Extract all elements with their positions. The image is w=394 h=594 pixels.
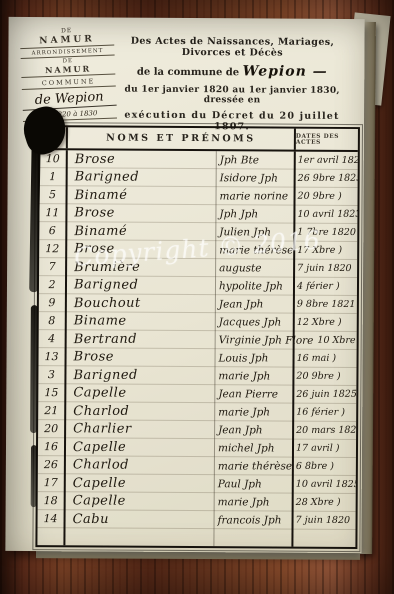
stamp-line-namur-2: NAMUR	[21, 63, 115, 79]
surname: Cabu	[64, 511, 214, 527]
forename: Jph Bte	[216, 154, 294, 166]
photo-background: DE NAMUR ARRONDISSEMENT DE NAMUR COMMUNE…	[0, 0, 394, 594]
ink-streak-bottom	[31, 445, 37, 507]
forename: Julien Jph	[215, 226, 293, 238]
stamp-line-commune: COMMUNE	[21, 77, 115, 91]
row-number: 5	[40, 188, 66, 201]
row-number: 6	[39, 224, 65, 237]
register-header: N° NOMS ET PRÉNOMS DATES DES ACTES	[40, 127, 358, 152]
row-number: 8	[39, 314, 65, 327]
surname: Charlod	[64, 403, 214, 419]
forename: Jph Jph	[215, 208, 293, 220]
row-number: 7	[39, 260, 65, 273]
table-row: 13 Brose Louis Jph 16 mai )	[39, 348, 357, 368]
row-number: 2	[39, 278, 65, 291]
surname: Capelle	[64, 385, 214, 401]
table-row: 18 Capelle marie Jph 28 Xbre )	[38, 492, 356, 512]
table-row: 9 Bouchout Jean Jph 9 8bre 1821	[39, 294, 357, 314]
act-date: 12 Xbre )	[293, 317, 357, 328]
table-row: 7 Brumière auguste 7 juin 1820	[39, 258, 357, 278]
act-date: 10 avril 1823	[293, 209, 357, 220]
table-row: 8 Biname Jacques Jph 12 Xbre )	[39, 312, 357, 332]
row-number: 17	[38, 476, 64, 489]
act-date: 7 juin 1820	[293, 263, 357, 274]
table-row: 11 Brose Jph Jph 10 avril 1823	[39, 204, 357, 224]
act-date: 20 mars 1824	[292, 425, 356, 436]
forename: Louis Jph	[215, 352, 293, 364]
row-number: 26	[38, 458, 64, 471]
surname: Brose	[65, 241, 215, 257]
surname: Charlod	[64, 457, 214, 473]
title-line-1: Des Actes de Naissances, Mariages, Divor…	[106, 36, 358, 60]
title-line-3: du 1er janvier 1820 au 1er janvier 1830,…	[106, 85, 358, 107]
forename: auguste	[215, 262, 293, 274]
column-header-dates: DATES DES ACTES	[296, 129, 358, 150]
table-row: 14 Cabu francois Jph 7 juin 1820	[38, 510, 356, 530]
forename: marie Jph	[214, 370, 292, 382]
table-row: 21 Charlod marie Jph 16 férier )	[38, 402, 356, 422]
table-row: 15 Capelle Jean Pierre 26 juin 1825	[38, 384, 356, 404]
stamp-commune-handwritten: de Wepion	[22, 89, 117, 111]
surname: Barigned	[66, 169, 216, 185]
row-number: 18	[38, 494, 64, 507]
document-page: DE NAMUR ARRONDISSEMENT DE NAMUR COMMUNE…	[5, 17, 364, 553]
act-date: 17 avril )	[292, 443, 356, 454]
forename: Isidore Jph	[216, 172, 294, 184]
act-date: 17 Xbre )	[293, 245, 357, 256]
table-row: 10 Brose Jph Bte 1er avril 1825	[40, 150, 358, 170]
surname: Capelle	[64, 475, 214, 491]
surname: Binamé	[66, 187, 216, 203]
register-filler-row	[37, 528, 355, 547]
forename: Jacques Jph	[215, 316, 293, 328]
table-row: 5 Binamé marie norine 20 9bre )	[39, 186, 357, 206]
forename: Jean Pierre	[214, 388, 292, 400]
commune-name-handwritten: Wepion —	[243, 63, 328, 80]
surname: Capelle	[64, 493, 214, 509]
surname: Brose	[65, 349, 215, 365]
table-row: 16 Capelle michel Jph 17 avril )	[38, 438, 356, 458]
forename: marie Jph	[214, 496, 292, 508]
act-date: 10 avril 1825	[292, 479, 356, 490]
forename: hypolite Jph	[215, 280, 293, 292]
act-date: 10 Xbre 1821	[313, 335, 356, 346]
row-number: 13	[39, 350, 65, 363]
column-header-names: NOMS ET PRÉNOMS	[68, 127, 296, 149]
document-title: Des Actes de Naissances, Mariages, Divor…	[106, 36, 359, 134]
surname: Binamé	[65, 223, 215, 239]
forename: marie thérèse	[214, 460, 292, 472]
table-row: 6 Binamé Julien Jph 1 7bre 1820	[39, 222, 357, 242]
ink-streak-middle	[30, 305, 38, 433]
surname: Brose	[66, 151, 216, 167]
act-date: 6 8bre )	[292, 461, 356, 472]
act-date: 4 férier )	[293, 281, 357, 292]
forename: marie norine	[216, 190, 294, 202]
table-row: 20 Charlier Jean Jph 20 mars 1824	[38, 420, 356, 440]
surname: Bouchout	[65, 295, 215, 311]
title-line-2-printed: de la commune de	[137, 67, 239, 79]
act-date: 26 9bre 1825	[294, 173, 358, 184]
forename: Jean Jph	[214, 424, 292, 436]
surname: Barigned	[64, 367, 214, 383]
surname: Biname	[65, 313, 215, 329]
forename: marie thérèse	[215, 244, 293, 256]
forename: michel Jph	[214, 442, 292, 454]
table-row: 2 Barigned hypolite Jph 4 férier )	[39, 276, 357, 296]
row-number: 3	[38, 368, 64, 381]
row-number: 15	[38, 386, 64, 399]
surname: Capelle	[64, 439, 214, 455]
act-date: 1er avril 1825	[294, 155, 358, 166]
prefecture-stamp: DE NAMUR ARRONDISSEMENT DE NAMUR COMMUNE…	[20, 26, 117, 122]
act-date: 20 9bre )	[294, 191, 358, 202]
act-date: 1 7bre 1820	[293, 227, 357, 238]
surname: Brumière	[65, 259, 215, 275]
register-table: N° NOMS ET PRÉNOMS DATES DES ACTES 10 Br…	[35, 125, 360, 549]
table-row: 12 Brose marie thérèse 17 Xbre )	[39, 240, 357, 260]
register-rows: 10 Brose Jph Bte 1er avril 1825 1 Barign…	[37, 150, 357, 547]
table-row: 17 Capelle Paul Jph 10 avril 1825	[38, 474, 356, 494]
forename: Paul Jph	[214, 478, 292, 490]
row-number: 12	[39, 242, 65, 255]
surname: Barigned	[65, 277, 215, 293]
act-date: 28 Xbre )	[292, 497, 356, 508]
act-date: 20 9bre )	[292, 371, 356, 382]
table-row: 26 Charlod marie thérèse 6 8bre )	[38, 456, 356, 476]
row-number: 9	[39, 296, 65, 309]
table-row: 4 Bertrand Virginie Jph Flore 10 Xbre 18…	[39, 330, 357, 350]
surname: Bertrand	[65, 331, 215, 347]
row-number: 11	[39, 206, 65, 219]
row-number: 14	[38, 512, 64, 525]
row-number: 21	[38, 404, 64, 417]
act-date: 16 férier )	[292, 407, 356, 418]
row-number: 1	[40, 170, 66, 183]
title-line-2: de la commune de Wepion —	[106, 63, 358, 81]
surname: Brose	[65, 205, 215, 221]
table-row: 3 Barigned marie Jph 20 9bre )	[38, 366, 356, 386]
act-date: 16 mai )	[293, 353, 357, 364]
forename: Virginie Jph Flore	[215, 334, 314, 347]
table-row: 1 Barigned Isidore Jph 26 9bre 1825	[40, 168, 358, 188]
act-date: 26 juin 1825	[292, 389, 356, 400]
act-date: 9 8bre 1821	[293, 299, 357, 310]
forename: marie Jph	[214, 406, 292, 418]
forename: francois Jph	[214, 514, 292, 526]
row-number: 20	[38, 422, 64, 435]
stamp-line-namur: NAMUR	[20, 34, 114, 50]
act-date: 7 juin 1820	[292, 515, 356, 526]
row-number: 4	[39, 332, 65, 345]
forename: Jean Jph	[215, 298, 293, 310]
row-number: 16	[38, 440, 64, 453]
surname: Charlier	[64, 421, 214, 437]
